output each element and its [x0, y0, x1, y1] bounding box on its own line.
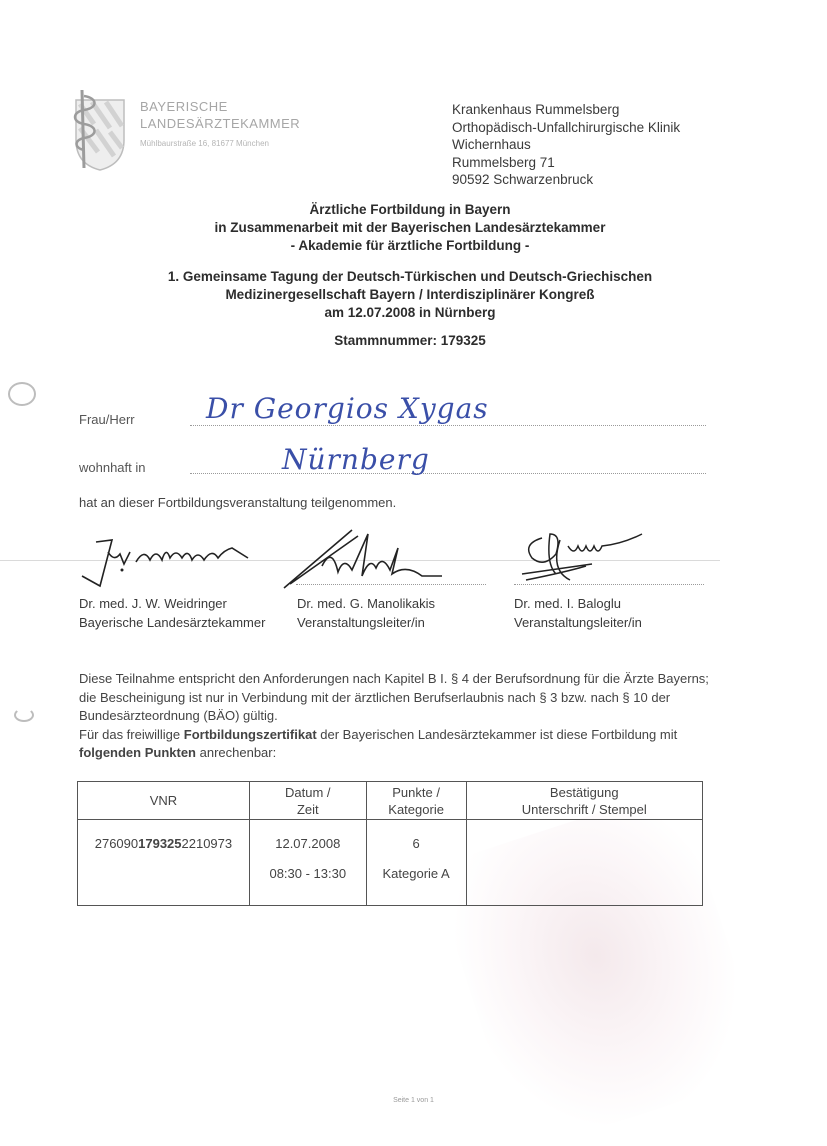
residence-handwritten-value: Nürnberg	[282, 443, 430, 476]
signatory-2: Dr. med. G. Manolikakis Veranstaltungsle…	[297, 594, 435, 632]
page-number: Seite 1 von 1	[0, 1097, 827, 1104]
signature-weidringer	[78, 532, 278, 592]
crest-icon	[68, 86, 130, 172]
cell-date-time: 12.07.200808:30 - 13:30	[249, 820, 366, 906]
vnr-suffix: 2210973	[182, 836, 233, 851]
org-address: Mühlbaurstraße 16, 81677 München	[140, 139, 269, 148]
header-vnr: VNR	[78, 782, 250, 820]
cell-points-category: 6Kategorie A	[366, 820, 466, 906]
signatory-role: Bayerische Landesärztekammer	[79, 613, 265, 632]
points-term: folgenden Punkten	[79, 745, 196, 760]
signature-baloglu	[512, 524, 672, 590]
vnr-prefix: 276090	[95, 836, 138, 851]
org-name-line2: LANDESÄRZTEKAMMER	[140, 115, 300, 132]
punch-hole-mark	[14, 708, 34, 722]
event-line: 1. Gemeinsame Tagung der Deutsch-Türkisc…	[80, 268, 740, 286]
event-time: 08:30 - 13:30	[250, 859, 366, 889]
signatory-name: Dr. med. I. Baloglu	[514, 594, 642, 613]
org-name: BAYERISCHE LANDESÄRZTEKAMMER	[140, 98, 300, 132]
signatory-role: Veranstaltungsleiter/in	[297, 613, 435, 632]
residence-field-line	[190, 472, 706, 474]
heading-line: in Zusammenarbeit mit der Bayerischen La…	[80, 219, 740, 237]
header-text: Zeit	[250, 801, 366, 818]
vnr-stammnummer: 179325	[138, 836, 181, 851]
header-text: Kategorie	[367, 801, 466, 818]
participation-statement: hat an dieser Fortbildungsveranstaltung …	[79, 495, 396, 510]
recipient-line: Orthopädisch-Unfallchirurgische Klinik	[452, 119, 680, 137]
text: anrechenbar:	[196, 745, 276, 760]
punch-hole-mark	[8, 382, 36, 406]
legal-paragraph-1: Diese Teilnahme entspricht den Anforderu…	[79, 670, 729, 726]
event-line: Medizinergesellschaft Bayern / Interdisz…	[80, 286, 740, 304]
event-title: 1. Gemeinsame Tagung der Deutsch-Türkisc…	[80, 268, 740, 322]
signatory-3: Dr. med. I. Baloglu Veranstaltungsleiter…	[514, 594, 642, 632]
handwritten-signature-icon	[512, 524, 672, 590]
letterhead-logo: BAYERISCHE LANDESÄRZTEKAMMER Mühlbaurstr…	[68, 84, 308, 176]
recipient-address: Krankenhaus Rummelsberg Orthopädisch-Unf…	[452, 101, 680, 189]
signatory-name: Dr. med. J. W. Weidringer	[79, 594, 265, 613]
event-line: am 12.07.2008 in Nürnberg	[80, 304, 740, 322]
signatory-role: Veranstaltungsleiter/in	[514, 613, 642, 632]
recipient-line: Wichernhaus	[452, 136, 680, 154]
category-value: Kategorie A	[367, 859, 466, 889]
recipient-line: 90592 Schwarzenbruck	[452, 171, 680, 189]
handwritten-signature-icon	[78, 532, 278, 592]
header-text: Punkte /	[367, 784, 466, 801]
text: Für das freiwillige	[79, 727, 184, 742]
heading-line: - Akademie für ärztliche Fortbildung -	[80, 237, 740, 255]
header-text: Datum /	[250, 784, 366, 801]
residence-label: wohnhaft in	[79, 460, 146, 475]
org-name-line1: BAYERISCHE	[140, 98, 300, 115]
signature-line	[514, 583, 704, 585]
table-row: 2760901793252210973 12.07.200808:30 - 13…	[78, 820, 703, 906]
signatory-name: Dr. med. G. Manolikakis	[297, 594, 435, 613]
points-value: 6	[367, 829, 466, 859]
header-text: Bestätigung	[467, 784, 702, 801]
header-points-category: Punkte /Kategorie	[366, 782, 466, 820]
document-heading: Ärztliche Fortbildung in Bayern in Zusam…	[80, 201, 740, 255]
signatory-1: Dr. med. J. W. Weidringer Bayerische Lan…	[79, 594, 265, 632]
legal-paragraph-2: Für das freiwillige Fortbildungszertifik…	[79, 726, 729, 763]
recipient-line: Rummelsberg 71	[452, 154, 680, 172]
event-date: 12.07.2008	[250, 829, 366, 859]
cell-vnr: 2760901793252210973	[78, 820, 250, 906]
name-label: Frau/Herr	[79, 412, 135, 427]
legal-text: Diese Teilnahme entspricht den Anforderu…	[79, 670, 729, 763]
heading-line: Ärztliche Fortbildung in Bayern	[80, 201, 740, 219]
name-handwritten-value: Dr Georgios Xygas	[206, 392, 489, 425]
header-confirmation: BestätigungUnterschrift / Stempel	[466, 782, 702, 820]
header-date-time: Datum /Zeit	[249, 782, 366, 820]
header-text: Unterschrift / Stempel	[467, 801, 702, 818]
signature-line	[296, 583, 486, 585]
certificate-term: Fortbildungszertifikat	[184, 727, 317, 742]
points-table: VNR Datum /Zeit Punkte /Kategorie Bestät…	[77, 781, 703, 906]
cell-confirmation	[466, 820, 702, 906]
recipient-line: Krankenhaus Rummelsberg	[452, 101, 680, 119]
text: der Bayerischen Landesärztekammer ist di…	[317, 727, 678, 742]
stammnummer: Stammnummer: 179325	[80, 332, 740, 350]
table-header-row: VNR Datum /Zeit Punkte /Kategorie Bestät…	[78, 782, 703, 820]
